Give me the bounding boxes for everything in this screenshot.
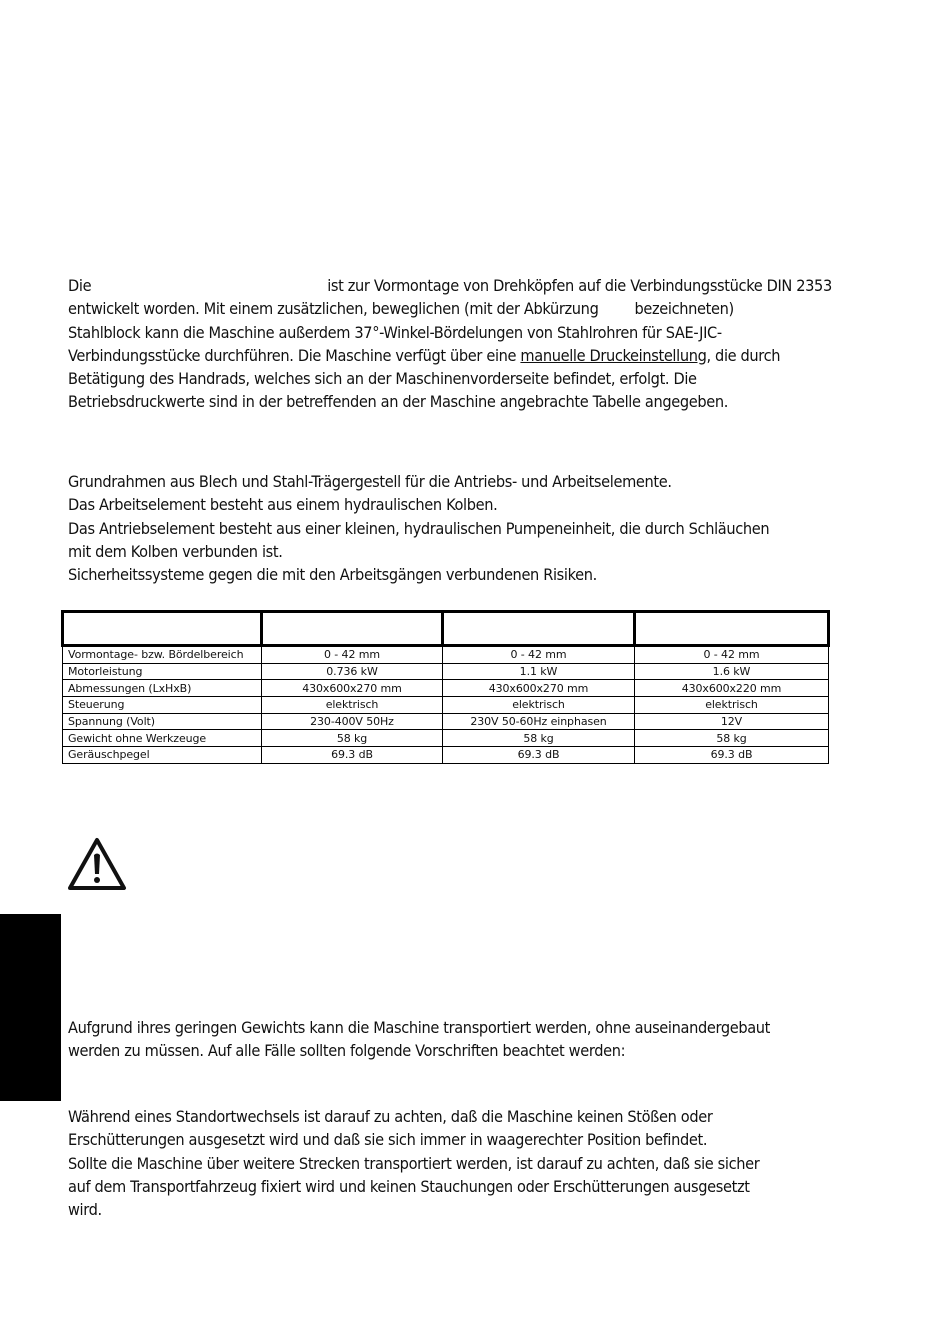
table-row: Abmessungen (LxHxB)430x600x270 mm430x600… (63, 680, 829, 697)
transport-rule-line: Erschütterungen ausgesetzt wird und daß … (68, 1128, 938, 1151)
transport-rule-line: Während eines Standortwechsels ist darau… (68, 1105, 938, 1128)
warning-triangle-icon (66, 836, 128, 892)
table-row: Geräuschpegel69.3 dB69.3 dB69.3 dB (63, 747, 829, 764)
intro-text: Die (68, 276, 91, 295)
header-cell (635, 612, 829, 646)
components-line: Grundrahmen aus Blech und Stahl-Trägerge… (68, 470, 938, 493)
transport-rule-line: wird. (68, 1198, 938, 1221)
spec-table-header (63, 612, 829, 646)
intro-text: Verbindungsstücke durchführen. Die Masch… (68, 346, 520, 365)
row-value: 69.3 dB (443, 747, 635, 764)
components-line: Das Antriebselement besteht aus einer kl… (68, 517, 938, 540)
row-label: Spannung (Volt) (63, 713, 262, 730)
intro-line: Stahlblock kann die Maschine außerdem 37… (68, 321, 938, 344)
intro-paragraph: Dieist zur Vormontage von Drehköpfen auf… (68, 274, 938, 414)
row-value: 230V 50-60Hz einphasen (443, 713, 635, 730)
header-cell (63, 612, 262, 646)
row-value: 0.736 kW (262, 663, 443, 680)
row-value: 1.6 kW (635, 663, 829, 680)
row-value: elektrisch (443, 697, 635, 714)
intro-text: bezeichneten) (634, 299, 733, 318)
components-paragraph: Grundrahmen aus Blech und Stahl-Trägerge… (68, 470, 938, 586)
row-label: Motorleistung (63, 663, 262, 680)
row-value: 58 kg (443, 730, 635, 747)
header-cell (443, 612, 635, 646)
transport-rule-line: Sollte die Maschine über weitere Strecke… (68, 1152, 938, 1175)
intro-line: Verbindungsstücke durchführen. Die Masch… (68, 344, 938, 367)
section-side-tab (0, 914, 61, 1101)
spec-table: Vormontage- bzw. Bördelbereich0 - 42 mm0… (61, 610, 830, 764)
row-value: 69.3 dB (262, 747, 443, 764)
row-value: 430x600x270 mm (262, 680, 443, 697)
row-value: 0 - 42 mm (635, 646, 829, 664)
row-label: Steuerung (63, 697, 262, 714)
components-line: Sicherheitssysteme gegen die mit den Arb… (68, 563, 938, 586)
intro-line: Betriebsdruckwerte sind in der betreffen… (68, 390, 938, 413)
transport-intro-line: Aufgrund ihres geringen Gewichts kann di… (68, 1016, 938, 1039)
row-value: elektrisch (262, 697, 443, 714)
row-value: elektrisch (635, 697, 829, 714)
row-label: Abmessungen (LxHxB) (63, 680, 262, 697)
row-value: 12V (635, 713, 829, 730)
row-value: 58 kg (635, 730, 829, 747)
components-line: Das Arbeitselement besteht aus einem hyd… (68, 493, 938, 516)
header-cell (262, 612, 443, 646)
intro-text: entwickelt worden. Mit einem zusätzliche… (68, 299, 598, 318)
row-value: 0 - 42 mm (262, 646, 443, 664)
intro-text: ist zur Vormontage von Drehköpfen auf di… (327, 276, 832, 295)
components-line: mit dem Kolben verbunden ist. (68, 540, 938, 563)
transport-rule-line: auf dem Transportfahrzeug fixiert wird u… (68, 1175, 938, 1198)
table-row: Gewicht ohne Werkzeuge58 kg58 kg58 kg (63, 730, 829, 747)
table-row: Steuerungelektrischelektrischelektrisch (63, 697, 829, 714)
transport-rules-paragraph: Während eines Standortwechsels ist darau… (68, 1105, 938, 1221)
manual-pressure-link[interactable]: manuelle Druckeinstellung (520, 346, 706, 365)
row-value: 58 kg (262, 730, 443, 747)
row-label: Geräuschpegel (63, 747, 262, 764)
row-value: 0 - 42 mm (443, 646, 635, 664)
intro-line: Dieist zur Vormontage von Drehköpfen auf… (68, 274, 938, 297)
table-row: Spannung (Volt)230-400V 50Hz230V 50-60Hz… (63, 713, 829, 730)
row-value: 230-400V 50Hz (262, 713, 443, 730)
intro-line: entwickelt worden. Mit einem zusätzliche… (68, 297, 938, 320)
transport-intro-line: werden zu müssen. Auf alle Fälle sollten… (68, 1039, 938, 1062)
row-label: Vormontage- bzw. Bördelbereich (63, 646, 262, 664)
row-value: 430x600x220 mm (635, 680, 829, 697)
transport-intro-paragraph: Aufgrund ihres geringen Gewichts kann di… (68, 1016, 938, 1063)
row-value: 1.1 kW (443, 663, 635, 680)
row-label: Gewicht ohne Werkzeuge (63, 730, 262, 747)
row-value: 69.3 dB (635, 747, 829, 764)
row-value: 430x600x270 mm (443, 680, 635, 697)
intro-line: Betätigung des Handrads, welches sich an… (68, 367, 938, 390)
intro-text: , die durch (707, 346, 781, 365)
table-row: Motorleistung0.736 kW1.1 kW1.6 kW (63, 663, 829, 680)
table-row: Vormontage- bzw. Bördelbereich0 - 42 mm0… (63, 646, 829, 664)
